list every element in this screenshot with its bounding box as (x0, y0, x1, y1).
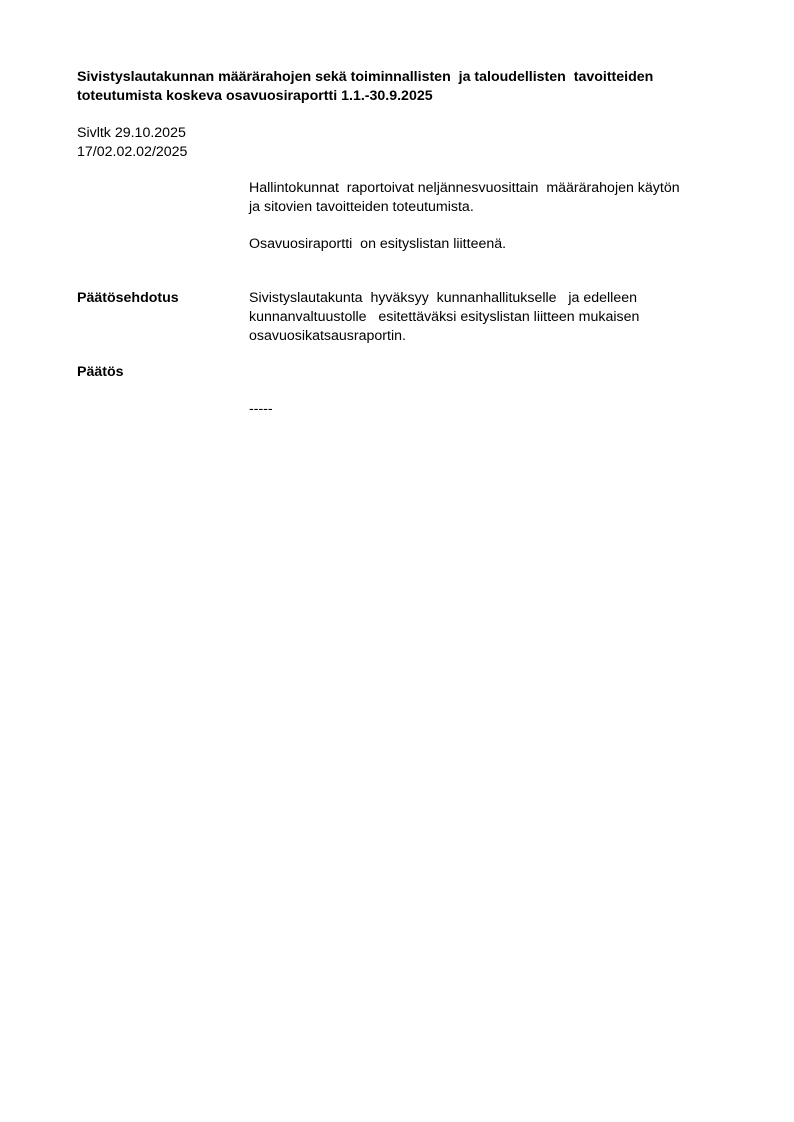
document-title: Sivistyslautakunnan määrärahojen sekä to… (77, 68, 737, 106)
intro-line-1: Hallintokunnat raportoivat neljännesvuos… (249, 179, 739, 198)
decision-placeholder: ----- (249, 400, 739, 419)
title-line-2: toteutumista koskeva osavuosiraportti 1.… (77, 87, 737, 106)
proposal-line-3: osavuosikatsausraportin. (249, 327, 739, 346)
title-line-1: Sivistyslautakunnan määrärahojen sekä to… (77, 68, 737, 87)
decision-label: Päätös (77, 363, 124, 382)
proposal-line-1: Sivistyslautakunta hyväksyy kunnanhallit… (249, 289, 739, 308)
attachment-note-text: Osavuosiraportti on esityslistan liittee… (249, 235, 739, 254)
meeting-info: Sivltk 29.10.2025 17/02.02.02/2025 (77, 124, 187, 162)
intro-paragraph: Hallintokunnat raportoivat neljännesvuos… (249, 179, 739, 217)
meeting-date: Sivltk 29.10.2025 (77, 124, 187, 143)
proposal-text: Sivistyslautakunta hyväksyy kunnanhallit… (249, 289, 739, 346)
attachment-note: Osavuosiraportti on esityslistan liittee… (249, 235, 739, 254)
proposal-label: Päätösehdotus (77, 289, 179, 308)
intro-line-2: ja sitovien tavoitteiden toteutumista. (249, 198, 739, 217)
decision-text: ----- (249, 400, 739, 419)
reference-number: 17/02.02.02/2025 (77, 143, 187, 162)
proposal-line-2: kunnanvaltuustolle esitettäväksi esitysl… (249, 308, 739, 327)
